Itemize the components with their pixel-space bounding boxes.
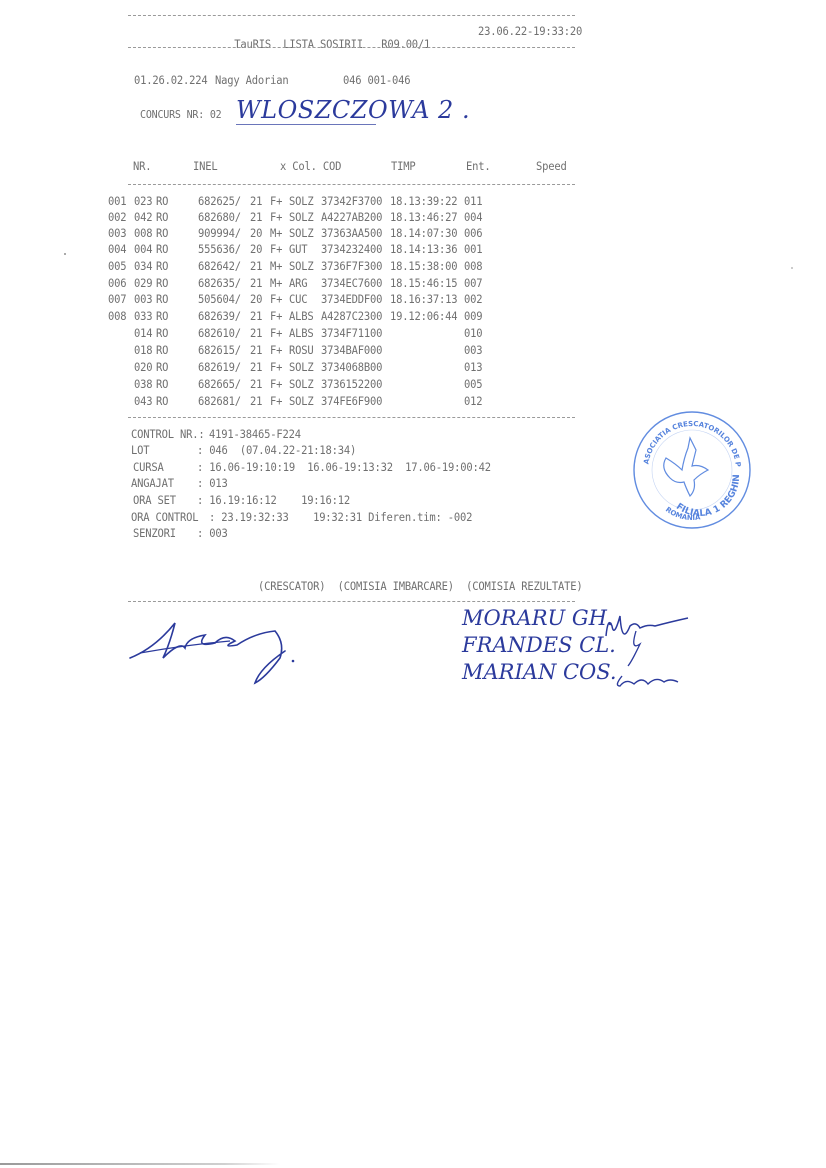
- row-ring: 555636/: [198, 243, 241, 256]
- row-color: GUT: [289, 243, 307, 256]
- row-ring: 682610/: [198, 327, 241, 340]
- row-sex: M+: [270, 260, 282, 273]
- club-stamp: ASOCIATIA CRESCATORILOR DE PORUMBEI VOIA…: [630, 408, 754, 532]
- row-year: 21: [250, 344, 262, 357]
- report-title: LISTA SOSIRII: [283, 38, 363, 51]
- row-country: RO: [156, 344, 168, 357]
- lot-value: : 046 (07.04.22-21:18:34): [197, 444, 356, 457]
- row-nr: 008: [108, 310, 126, 323]
- row-ring: 682681/: [198, 395, 241, 408]
- row-year: 20: [250, 227, 262, 240]
- row-ent: 008: [464, 260, 482, 273]
- row-code: 3734EDDF00: [321, 293, 382, 306]
- senzori-row: SENZORI : 003: [131, 527, 143, 545]
- row-sex: F+: [270, 243, 282, 256]
- row-nr: 007: [108, 293, 126, 306]
- row-position: 033: [134, 310, 152, 323]
- row-ent: 012: [464, 395, 482, 408]
- col-inel: INEL: [193, 160, 218, 173]
- row-nr: 001: [108, 195, 126, 208]
- row-code: 3736F7F300: [321, 260, 382, 273]
- row-sex: F+: [270, 344, 282, 357]
- row-nr: 006: [108, 277, 126, 290]
- row-time: 18.15:38:00: [390, 260, 457, 273]
- row-sex: F+: [270, 327, 282, 340]
- row-ent: 004: [464, 211, 482, 224]
- ora-set-row: ORA SET : 16.19:16:12 19:16:12: [131, 494, 143, 512]
- row-sex: F+: [270, 293, 282, 306]
- cursa-label: CURSA: [133, 461, 164, 474]
- row-ring: 682619/: [198, 361, 241, 374]
- row-color: ARG: [289, 277, 307, 290]
- row-time: 19.12:06:44: [390, 310, 457, 323]
- breeder-signature: [125, 603, 315, 697]
- row-time: 18.13:39:22: [390, 195, 457, 208]
- row-ent: 007: [464, 277, 482, 290]
- row-sex: F+: [270, 378, 282, 391]
- row-ring: 682625/: [198, 195, 241, 208]
- row-country: RO: [156, 277, 168, 290]
- row-sex: F+: [270, 395, 282, 408]
- row-nr: 005: [108, 260, 126, 273]
- col-timp: TIMP: [391, 160, 416, 173]
- row-color: SOLZ: [289, 260, 314, 273]
- row-country: RO: [156, 260, 168, 273]
- senzori-label: SENZORI: [133, 527, 176, 540]
- signature-divider: [128, 601, 575, 602]
- row-ent: 001: [464, 243, 482, 256]
- table-footer-divider: [128, 417, 575, 418]
- row-year: 21: [250, 378, 262, 391]
- row-country: RO: [156, 227, 168, 240]
- row-country: RO: [156, 395, 168, 408]
- cursa-row: CURSA : 16.06-19:10:19 16.06-19:13:32 17…: [131, 461, 143, 479]
- row-ent: 009: [464, 310, 482, 323]
- row-time: 18.14:07:30: [390, 227, 457, 240]
- row-color: SOLZ: [289, 395, 314, 408]
- cursa-value: : 16.06-19:10:19 16.06-19:13:32 17.06-19…: [197, 461, 491, 474]
- row-position: 020: [134, 361, 152, 374]
- angajat-value: : 013: [197, 477, 228, 490]
- control-nr-value: 4191-38465-F224: [209, 428, 301, 441]
- row-ent: 013: [464, 361, 482, 374]
- ora-control-label: ORA CONTROL: [131, 511, 198, 524]
- row-ring: 682665/: [198, 378, 241, 391]
- report-version: R09.00/1: [381, 38, 430, 51]
- scan-speck: [64, 253, 66, 255]
- row-sex: M+: [270, 227, 282, 240]
- ora-control-value: : 23.19:32:33 19:32:31 Diferen.tim: -002: [209, 511, 472, 524]
- row-sex: F+: [270, 310, 282, 323]
- row-time: 18.13:46:27: [390, 211, 457, 224]
- row-time: 18.15:46:15: [390, 277, 457, 290]
- row-sex: M+: [270, 277, 282, 290]
- row-ent: 011: [464, 195, 482, 208]
- commission-member-2: FRANDES CL.: [462, 632, 617, 659]
- race-label: CONCURS NR: 02: [140, 109, 222, 121]
- row-position: 029: [134, 277, 152, 290]
- row-ring: 682642/: [198, 260, 241, 273]
- row-sex: F+: [270, 195, 282, 208]
- row-color: SOLZ: [289, 361, 314, 374]
- lot-label: LOT: [131, 444, 149, 457]
- row-code: 3734F71100: [321, 327, 382, 340]
- program-name: TauRIS: [234, 38, 271, 51]
- ora-set-value: : 16.19:16:12 19:16:12: [197, 494, 350, 507]
- row-color: SOLZ: [289, 227, 314, 240]
- row-year: 21: [250, 277, 262, 290]
- row-color: CUC: [289, 293, 307, 306]
- lot-row: LOT : 046 (07.04.22-21:18:34): [131, 444, 143, 462]
- row-color: ROSU: [289, 344, 314, 357]
- row-position: 014: [134, 327, 152, 340]
- row-year: 21: [250, 327, 262, 340]
- row-color: SOLZ: [289, 195, 314, 208]
- row-year: 21: [250, 361, 262, 374]
- row-country: RO: [156, 293, 168, 306]
- row-position: 004: [134, 243, 152, 256]
- col-color-code: x Col. COD: [280, 160, 341, 173]
- row-ent: 006: [464, 227, 482, 240]
- row-ring: 505604/: [198, 293, 241, 306]
- svg-text:ASOCIATIA CRESCATORILOR DE POR: ASOCIATIA CRESCATORILOR DE PORUMBEI VOIA…: [630, 408, 742, 467]
- row-color: ALBS: [289, 327, 314, 340]
- col-nr: NR.: [133, 160, 151, 173]
- senzori-value: : 003: [197, 527, 228, 540]
- row-ent: 003: [464, 344, 482, 357]
- row-nr: 004: [108, 243, 126, 256]
- row-position: 008: [134, 227, 152, 240]
- row-year: 21: [250, 260, 262, 273]
- header-divider: [128, 47, 575, 48]
- row-code: 3734EC7600: [321, 277, 382, 290]
- fancier-range: 046 001-046: [343, 74, 410, 87]
- row-time: 18.16:37:13: [390, 293, 457, 306]
- scan-speck: [791, 267, 793, 269]
- angajat-row: ANGAJAT : 013: [131, 477, 143, 495]
- row-country: RO: [156, 195, 168, 208]
- row-code: 374FE6F900: [321, 395, 382, 408]
- row-country: RO: [156, 211, 168, 224]
- row-code: 37342F3700: [321, 195, 382, 208]
- row-year: 21: [250, 310, 262, 323]
- race-name-underline: [236, 124, 376, 125]
- row-position: 042: [134, 211, 152, 224]
- row-time: 18.14:13:36: [390, 243, 457, 256]
- row-code: 37363AA500: [321, 227, 382, 240]
- ora-set-label: ORA SET: [133, 494, 176, 507]
- row-code: A4287C2300: [321, 310, 382, 323]
- row-position: 038: [134, 378, 152, 391]
- row-nr: 003: [108, 227, 126, 240]
- row-country: RO: [156, 361, 168, 374]
- row-code: A4227AB200: [321, 211, 382, 224]
- row-ring: 682639/: [198, 310, 241, 323]
- top-divider: [128, 15, 575, 16]
- scan-bottom-edge: [0, 1163, 280, 1165]
- row-year: 21: [250, 211, 262, 224]
- row-ring: 682615/: [198, 344, 241, 357]
- row-color: ALBS: [289, 310, 314, 323]
- row-year: 21: [250, 195, 262, 208]
- ora-control-row: ORA CONTROL : 23.19:32:33 19:32:31 Difer…: [131, 511, 143, 529]
- control-nr-label: CONTROL NR.:: [131, 428, 204, 441]
- row-code: 3736152200: [321, 378, 382, 391]
- commission-initials: [600, 606, 695, 695]
- commission-signatures: MORARU GH. FRANDES CL. MARIAN COS.: [462, 605, 617, 686]
- race-name-handwritten: WLOSZCZOWA 2 .: [236, 96, 470, 124]
- report-datetime: 23.06.22-19:33:20: [478, 25, 582, 38]
- row-position: 018: [134, 344, 152, 357]
- row-country: RO: [156, 310, 168, 323]
- col-speed: Speed: [536, 160, 567, 173]
- table-header-divider: [128, 184, 575, 185]
- row-year: 20: [250, 243, 262, 256]
- row-code: 3734068B00: [321, 361, 382, 374]
- row-ring: 909994/: [198, 227, 241, 240]
- row-country: RO: [156, 243, 168, 256]
- row-ent: 002: [464, 293, 482, 306]
- fancier-code: 01.26.02.224: [134, 74, 207, 87]
- row-nr: 002: [108, 211, 126, 224]
- row-position: 043: [134, 395, 152, 408]
- row-position: 034: [134, 260, 152, 273]
- row-sex: F+: [270, 361, 282, 374]
- row-year: 20: [250, 293, 262, 306]
- signature-labels: (CRESCATOR) (COMISIA IMBARCARE) (COMISIA…: [258, 580, 582, 593]
- row-color: SOLZ: [289, 211, 314, 224]
- row-position: 003: [134, 293, 152, 306]
- row-position: 023: [134, 195, 152, 208]
- row-color: SOLZ: [289, 378, 314, 391]
- row-country: RO: [156, 378, 168, 391]
- stamp-icon: ASOCIATIA CRESCATORILOR DE PORUMBEI VOIA…: [630, 408, 754, 532]
- row-ent: 005: [464, 378, 482, 391]
- row-country: RO: [156, 327, 168, 340]
- row-code: 3734232400: [321, 243, 382, 256]
- fancier-name: Nagy Adorian: [215, 74, 288, 87]
- row-code: 3734BAF000: [321, 344, 382, 357]
- commission-member-1: MORARU GH.: [462, 605, 617, 632]
- row-ent: 010: [464, 327, 482, 340]
- angajat-label: ANGAJAT: [131, 477, 174, 490]
- col-ent: Ent.: [466, 160, 491, 173]
- row-sex: F+: [270, 211, 282, 224]
- row-year: 21: [250, 395, 262, 408]
- row-ring: 682635/: [198, 277, 241, 290]
- commission-member-3: MARIAN COS.: [462, 659, 617, 686]
- control-nr-row: CONTROL NR.: 4191-38465-F224: [131, 428, 143, 446]
- row-ring: 682680/: [198, 211, 241, 224]
